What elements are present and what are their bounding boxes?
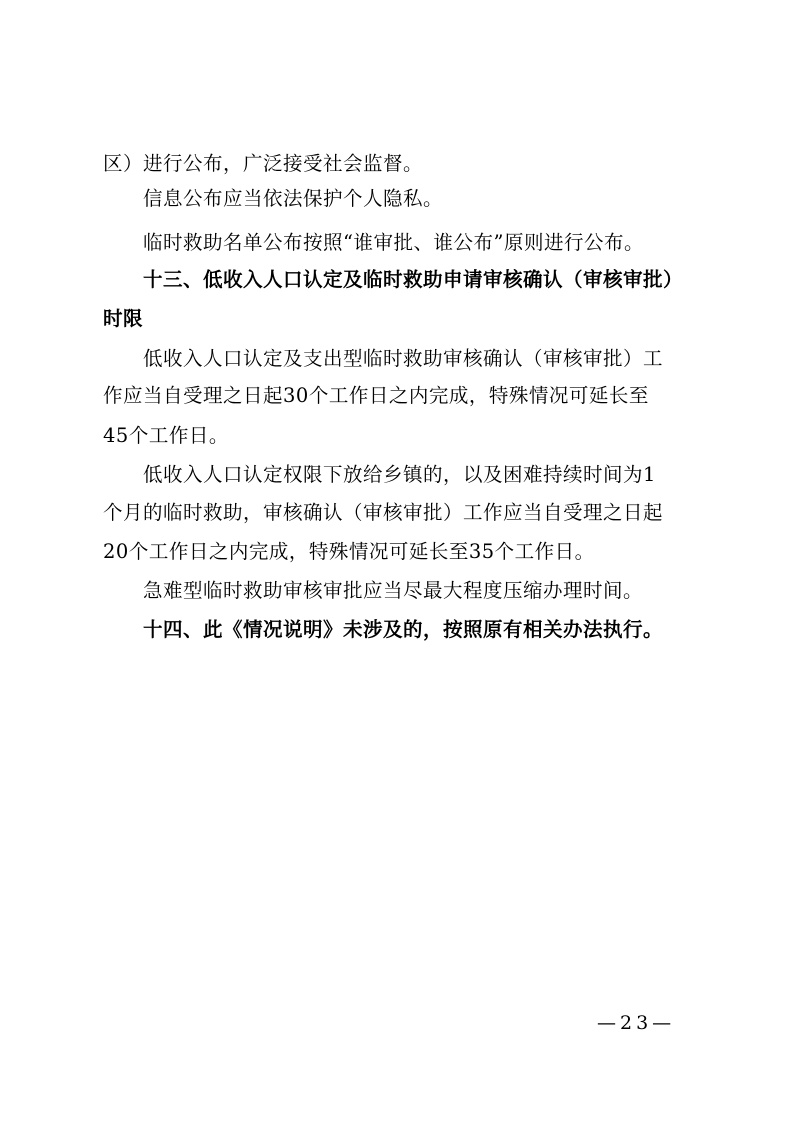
paragraph-line: 低收入人口认定及支出型临时救助审核确认（审核审批）工 bbox=[143, 347, 733, 371]
paragraph-line: 区）进行公布，广泛接受社会监督。 bbox=[103, 152, 693, 176]
section-heading-13: 十三、低收入人口认定及临时救助申请审核确认（审核审批） bbox=[143, 268, 733, 292]
page-number: —23— bbox=[597, 1012, 675, 1034]
paragraph-line: 信息公布应当依法保护个人隐私。 bbox=[143, 187, 733, 211]
paragraph-line: 低收入人口认定权限下放给乡镇的，以及困难持续时间为1 bbox=[143, 463, 733, 487]
paragraph-line: 45个工作日。 bbox=[103, 424, 693, 448]
document-page: 区）进行公布，广泛接受社会监督。 信息公布应当依法保护个人隐私。 临时救助名单公… bbox=[0, 0, 793, 1122]
section-heading-14: 十四、此《情况说明》未涉及的，按照原有相关办法执行。 bbox=[143, 618, 733, 642]
paragraph-line: 临时救助名单公布按照“谁审批、谁公布”原则进行公布。 bbox=[143, 231, 733, 255]
paragraph-line: 作应当自受理之日起30个工作日之内完成，特殊情况可延长至 bbox=[103, 384, 693, 408]
paragraph-line: 20个工作日之内完成，特殊情况可延长至35个工作日。 bbox=[103, 540, 693, 564]
paragraph-line: 急难型临时救助审核审批应当尽最大程度压缩办理时间。 bbox=[143, 579, 733, 603]
paragraph-line: 个月的临时救助，审核确认（审核审批）工作应当自受理之日起 bbox=[103, 501, 693, 525]
section-heading-13-cont: 时限 bbox=[103, 307, 693, 331]
